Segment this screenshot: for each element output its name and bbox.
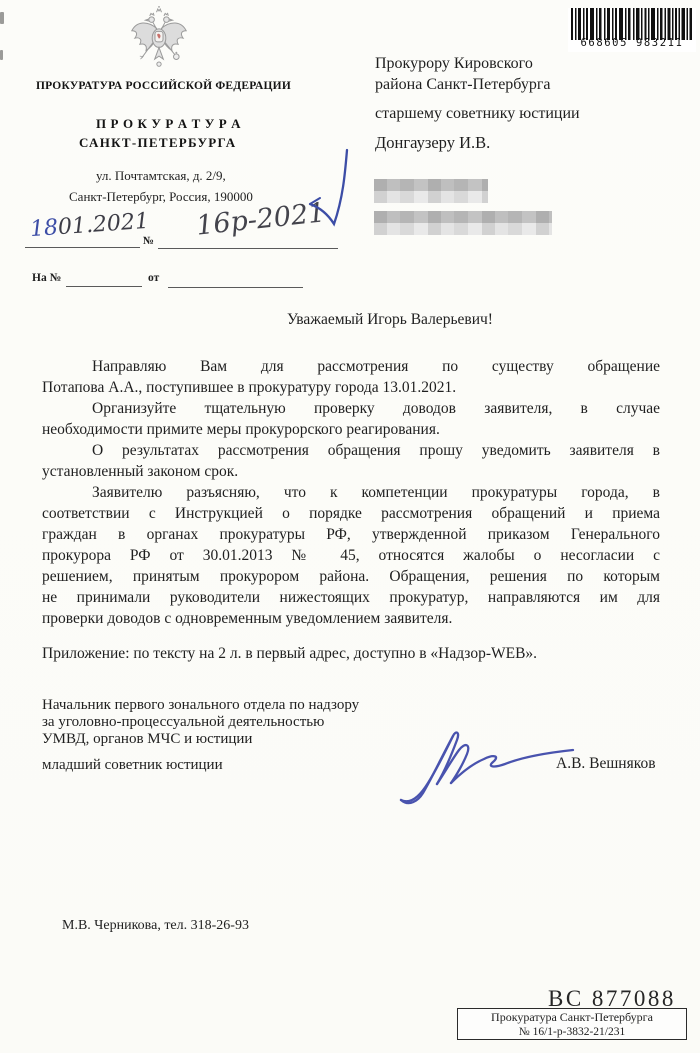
date-rule-line [25,247,140,248]
handwritten-date: 1801.2021 [29,209,149,242]
signer-name: А.В. Вешняков [556,755,656,773]
salutation: Уважаемый Игорь Валерьевич! [130,311,650,329]
number-sign-label: № [143,235,154,247]
barcode-bars-icon [570,8,694,40]
org-federation-title: ПРОКУРАТУРА РОССИЙСКОЙ ФЕДЕРАЦИИ [36,80,236,92]
scan-artifact [0,50,3,60]
reference-date-rule [168,287,303,288]
registration-stamp: Прокуратура Санкт-Петербурга № 16/1-р-38… [457,1008,687,1040]
recipient-line-1: Прокурору Кировского [375,55,533,73]
org-address-street: ул. Почтамтская, д. 2/9, [96,168,226,184]
body-line: проверки доводов с одновременным уведомл… [42,608,660,629]
org-city: САНКТ-ПЕТЕРБУРГА [79,135,239,151]
recipient-name: Донгаузеру И.В. [375,133,490,153]
body-line: соответствии с Инструкцией о порядке рас… [42,503,660,524]
body-line: установленный законом срок. [42,461,660,482]
reference-number-rule [66,286,142,287]
scanned-letter-page: ПРОКУРАТУРА РОССИЙСКОЙ ФЕДЕРАЦИИ П Р О К… [0,0,700,1053]
barcode: 668605 983211 [568,8,696,52]
signer-position-line-3: УМВД, органов МЧС и юстиции [42,731,252,748]
body-line: не принимали руководители нижестоящих пр… [42,587,660,608]
recipient-line-2: района Санкт-Петербурга [375,76,551,94]
number-rule-line [158,248,338,249]
attachment-note: Приложение: по тексту на 2 л. в первый а… [42,645,660,663]
org-address-city: Санкт-Петербург, Россия, 190000 [69,189,253,205]
body-line: решением, принятым прокурором района. Об… [42,566,660,587]
scan-artifact [0,12,4,24]
letter-body: Направляю Вам для рассмотрения по сущест… [42,356,660,629]
coat-of-arms-icon [128,6,190,74]
body-line: Потапова А.А., поступившее в прокуратуру… [42,377,660,398]
body-line: необходимости примите меры прокурорского… [42,419,660,440]
body-line: О результатах рассмотрения обращения про… [42,440,660,461]
org-name: П Р О К У Р А Т У Р А [96,116,236,132]
signer-position-line-2: за уголовно-процессуальной деятельностью [42,714,324,731]
barcode-digits: 668605 983211 [568,37,696,49]
stamp-number: № 16/1-р-3832-21/231 [458,1026,686,1038]
handwritten-signature-icon [393,722,583,807]
body-line: Заявителю разъясняю, что к компетенции п… [42,482,660,503]
signer-rank: младший советник юстиции [42,757,223,774]
body-line: Направляю Вам для рассмотрения по сущест… [42,356,660,377]
body-line: Организуйте тщательную проверку доводов … [42,398,660,419]
redacted-block [374,211,552,235]
redacted-block [374,179,488,203]
body-line: прокурора РФ от 30.01.2013 № 45, относят… [42,545,660,566]
reference-na-label: На № [32,272,61,284]
reference-ot-label: от [148,272,159,284]
pen-checkmark-icon [298,146,358,246]
recipient-rank: старшему советнику юстиции [375,105,580,123]
body-line: граждан в органах прокуратуры РФ, утверж… [42,524,660,545]
signer-position-line-1: Начальник первого зонального отдела по н… [42,697,359,714]
stamp-org: Прокуратура Санкт-Петербурга [458,1010,686,1025]
executor-contact: М.В. Черникова, тел. 318-26-93 [62,918,249,934]
